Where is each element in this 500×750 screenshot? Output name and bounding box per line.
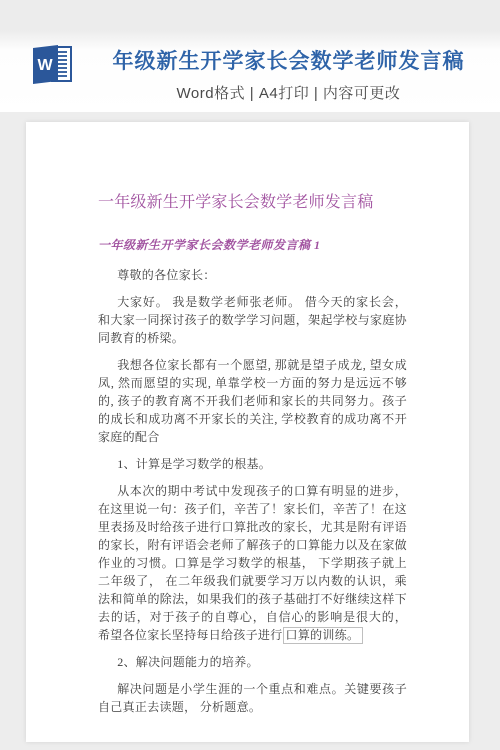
section-heading: 1、计算是学习数学的根基。 — [98, 455, 407, 473]
paragraph: 从本次的期中考试中发现孩子的口算有明显的进步，在这里说一句：孩子们，辛苦了！家长… — [98, 482, 407, 644]
paragraph: 大家好。 我是数学老师张老师。 借今天的家长会， 和大家一同探讨孩子的数学学习问… — [98, 293, 407, 347]
document-content: 一年级新生开学家长会数学老师发言稿 一年级新生开学家长会数学老师发言稿 1 尊敬… — [26, 122, 469, 716]
document-page: 一年级新生开学家长会数学老师发言稿 一年级新生开学家长会数学老师发言稿 1 尊敬… — [26, 122, 469, 742]
section-heading: 2、解决问题能力的培养。 — [98, 653, 407, 671]
paragraph: 尊敬的各位家长： — [98, 266, 407, 284]
word-icon: W — [33, 44, 73, 84]
paragraph: 解决问题是小学生涯的一个重点和难点。关键要孩子自己真正去读题， 分析题意。 — [98, 680, 407, 716]
paragraph: 我想各位家长都有一个愿望, 那就是望子成龙, 望女成凤, 然而愿望的实现, 单靠… — [98, 356, 407, 446]
document-title: 一年级新生开学家长会数学老师发言稿 — [98, 193, 407, 213]
header-text-block: 年级新生开学家长会数学老师发言稿 Word格式 | A4打印 | 内容可更改 — [85, 45, 492, 103]
document-subtitle: 一年级新生开学家长会数学老师发言稿 1 — [98, 237, 407, 253]
header: W 年级新生开学家长会数学老师发言稿 Word格式 | A4打印 | 内容可更改 — [0, 0, 500, 112]
word-icon-graphic: W — [33, 44, 73, 84]
word-icon-letter: W — [37, 57, 53, 74]
framed-text: 口算的训练。 — [283, 627, 364, 644]
template-subtitle: Word格式 | A4打印 | 内容可更改 — [85, 82, 492, 103]
document-body: 尊敬的各位家长：大家好。 我是数学老师张老师。 借今天的家长会， 和大家一同探讨… — [98, 266, 407, 716]
template-title: 年级新生开学家长会数学老师发言稿 — [85, 45, 492, 75]
page-root: { "header": { "title": "年级新生开学家长会数学老师发言稿… — [0, 0, 500, 750]
